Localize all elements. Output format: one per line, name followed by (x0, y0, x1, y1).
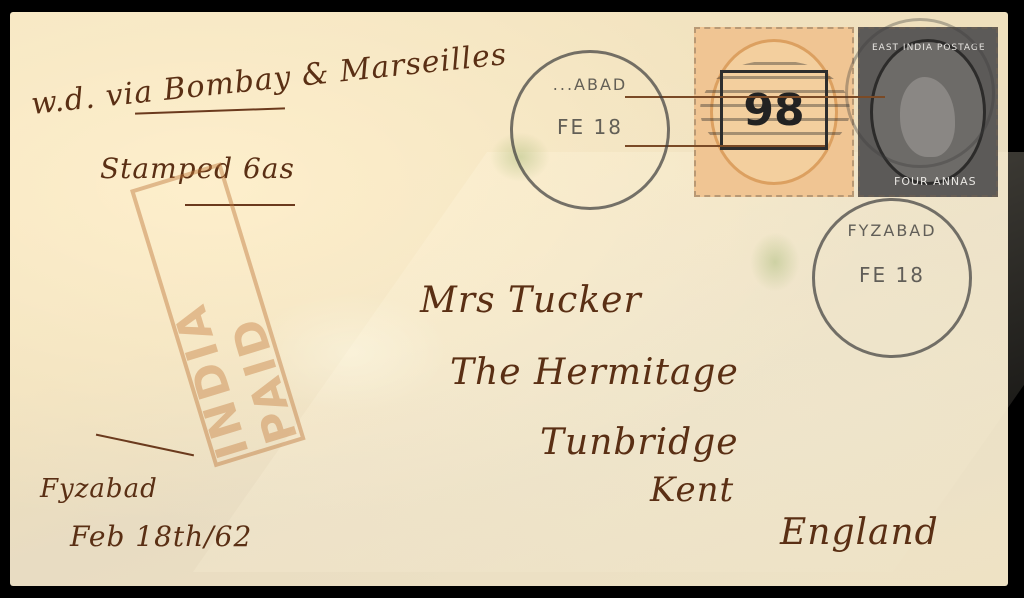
circular-date-stamp (845, 18, 995, 168)
circular-date-stamp: FYZABAD FE 18 (812, 198, 972, 358)
underline (96, 434, 194, 456)
origin-date: Feb 18th/62 (70, 520, 252, 553)
addressee-name: Mrs Tucker (420, 280, 642, 321)
address-line-1: The Hermitage (450, 352, 739, 393)
address-country: England (780, 512, 939, 553)
green-stain (750, 232, 800, 292)
circular-date-stamp: ...ABAD FE 18 (510, 50, 670, 210)
address-line-2: Tunbridge (540, 422, 739, 463)
stamp-value-text: FOUR ANNAS (894, 175, 977, 188)
origin-place: Fyzabad (40, 474, 158, 504)
address-line-3: Kent (650, 470, 734, 510)
numeral-cancel: 98 (720, 70, 828, 150)
